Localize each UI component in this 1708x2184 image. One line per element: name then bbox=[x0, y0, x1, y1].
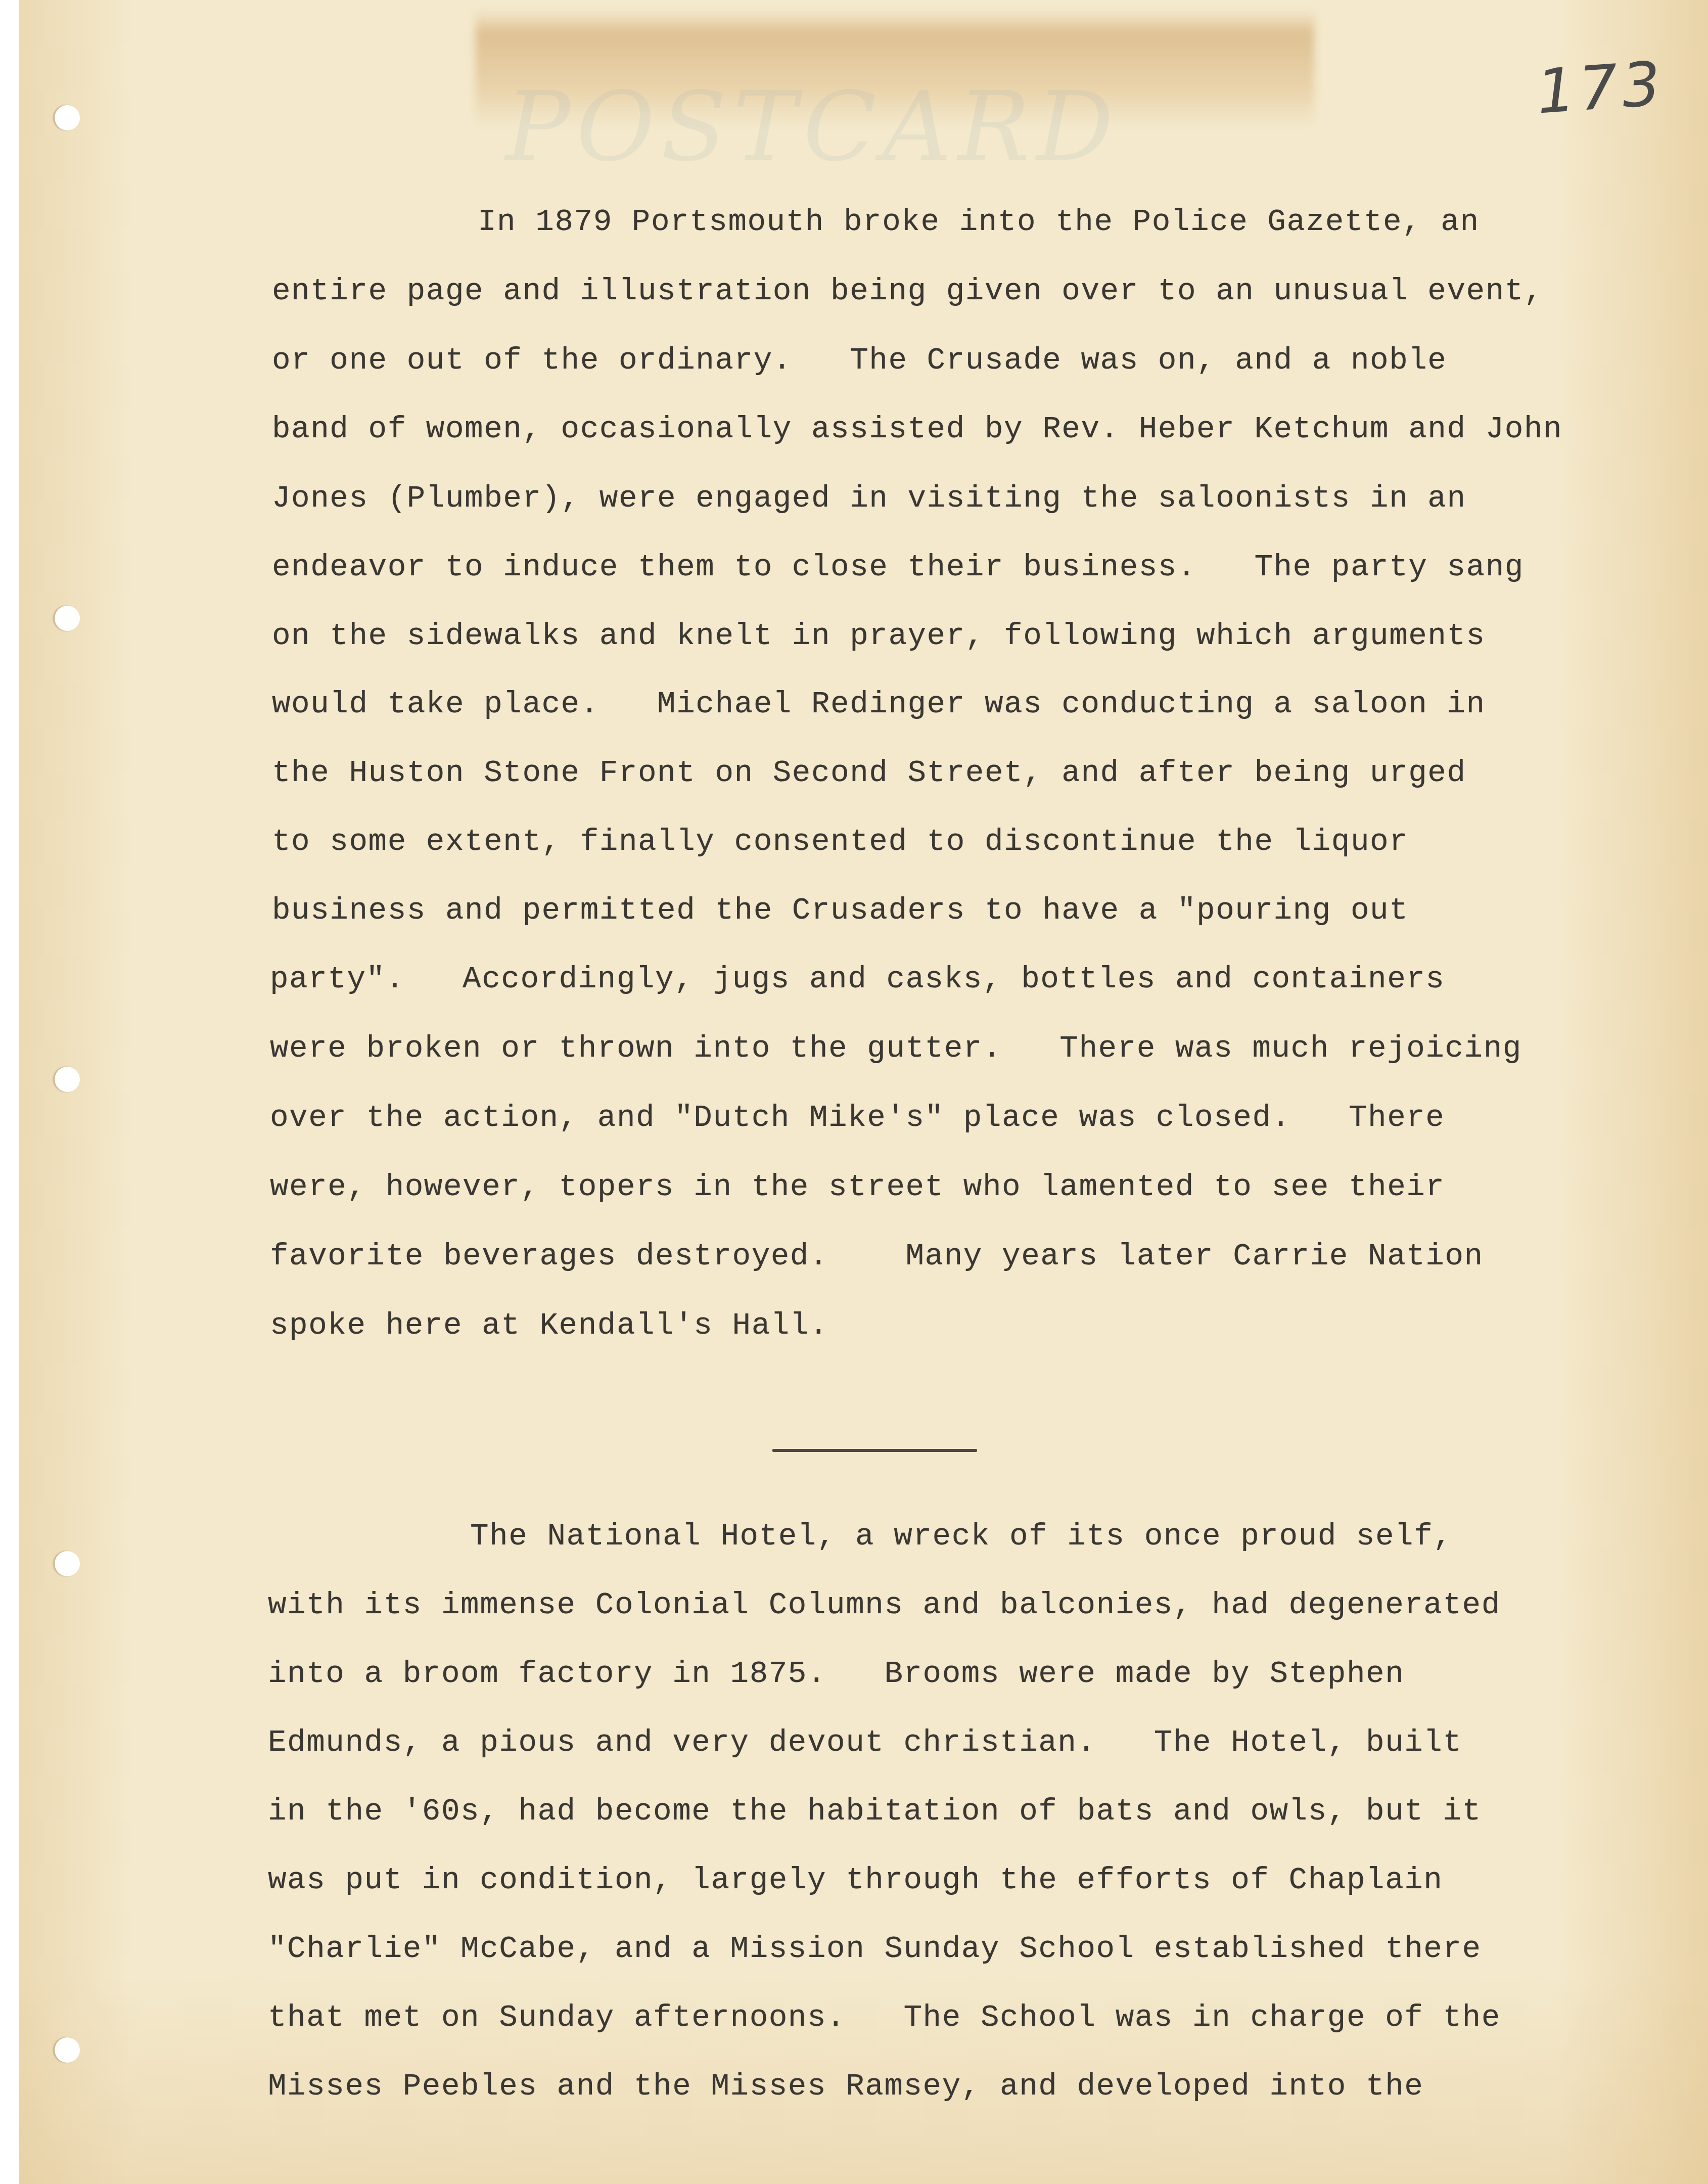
text-line: were, however, topers in the street who … bbox=[270, 1170, 1445, 1205]
text-line: business and permitted the Crusaders to … bbox=[272, 893, 1408, 928]
text-line: into a broom factory in 1875. Brooms wer… bbox=[268, 1657, 1404, 1692]
punch-hole-icon bbox=[55, 105, 80, 130]
text-line: entire page and illustration being given… bbox=[272, 274, 1543, 309]
text-line: Misses Peebles and the Misses Ramsey, an… bbox=[268, 2069, 1423, 2104]
text-line: over the action, and "Dutch Mike's" plac… bbox=[270, 1101, 1445, 1135]
show-through-postcard-text: POSTCARD bbox=[505, 71, 1163, 172]
text-line: Jones (Plumber), were engaged in visitin… bbox=[272, 481, 1466, 516]
punch-hole-icon bbox=[55, 1067, 80, 1092]
text-line: would take place. Michael Redinger was c… bbox=[272, 687, 1486, 722]
text-line: the Huston Stone Front on Second Street,… bbox=[272, 756, 1466, 791]
text-line: was put in condition, largely through th… bbox=[268, 1863, 1443, 1898]
text-line: spoke here at Kendall's Hall. bbox=[270, 1308, 828, 1343]
punch-hole-icon bbox=[55, 1551, 80, 1576]
text-line: favorite beverages destroyed. Many years… bbox=[270, 1239, 1484, 1274]
text-line: on the sidewalks and knelt in prayer, fo… bbox=[272, 619, 1486, 654]
text-line: to some extent, finally consented to dis… bbox=[272, 825, 1408, 859]
text-line: that met on Sunday afternoons. The Schoo… bbox=[268, 2000, 1501, 2035]
text-line: The National Hotel, a wreck of its once … bbox=[470, 1519, 1452, 1554]
text-line: band of women, occasionally assisted by … bbox=[272, 412, 1562, 447]
section-separator-rule bbox=[772, 1449, 977, 1452]
page-left-edge bbox=[0, 0, 19, 2184]
text-line: with its immense Colonial Columns and ba… bbox=[268, 1588, 1501, 1623]
text-line: in the '60s, had become the habitation o… bbox=[268, 1794, 1482, 1829]
text-line: party". Accordingly, jugs and casks, bot… bbox=[270, 962, 1445, 997]
punch-hole-icon bbox=[55, 2037, 80, 2063]
page-number: 173 bbox=[1534, 49, 1667, 127]
text-line: were broken or thrown into the gutter. T… bbox=[270, 1031, 1522, 1066]
text-line: endeavor to induce them to close their b… bbox=[272, 550, 1524, 585]
text-line: In 1879 Portsmouth broke into the Police… bbox=[478, 205, 1480, 240]
text-line: "Charlie" McCabe, and a Mission Sunday S… bbox=[268, 1932, 1482, 1967]
text-line: Edmunds, a pious and very devout christi… bbox=[268, 1725, 1462, 1760]
punch-hole-icon bbox=[55, 606, 80, 631]
text-line: or one out of the ordinary. The Crusade … bbox=[272, 343, 1447, 378]
document-page: POSTCARD 173 In 1879 Portsmouth broke in… bbox=[0, 0, 1708, 2184]
